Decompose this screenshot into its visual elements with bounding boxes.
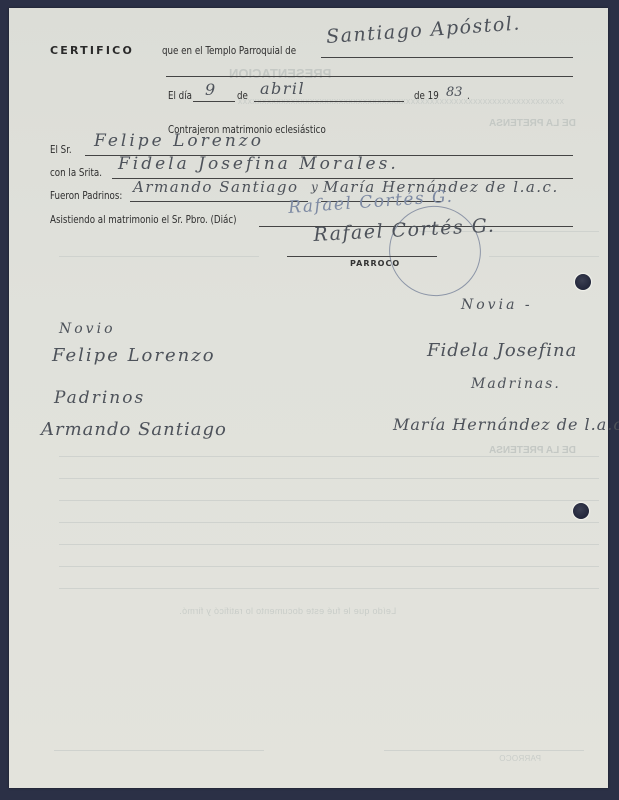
note-bride-heading: Novia - (461, 297, 533, 313)
note-bride-godparent: María Hernández de l.a.c. (393, 415, 619, 434)
note-groom-godparent: Armando Santiago (41, 419, 227, 440)
godparents-conj: y (311, 180, 319, 194)
show-through-rule (59, 478, 599, 479)
godparents-value-1: Armando Santiago (133, 178, 299, 196)
temple-label: que en el Templo Parroquial de (162, 44, 296, 57)
show-through-rule (59, 500, 599, 501)
show-through-sign-line (384, 750, 584, 751)
note-groom-name: Felipe Lorenzo (52, 345, 216, 366)
certifico-title: CERTIFICO (50, 44, 134, 57)
day-label: El día (168, 89, 192, 102)
temple-value: Santiago Apóstol. (325, 12, 521, 48)
signature-role: PARROCO (350, 259, 400, 268)
officiant-label: Asistiendo al matrimonio el Sr. Pbro. (D… (50, 213, 237, 226)
month-line (254, 101, 404, 102)
show-through-rule (59, 566, 599, 567)
groom-label: El Sr. (50, 143, 72, 156)
bride-label: con la Srita. (50, 166, 102, 179)
year-suffix: . (467, 89, 470, 102)
show-through-section-1: DE LA PRETENSA (489, 118, 576, 129)
godparents-line-1 (130, 201, 308, 202)
temple-line-2 (166, 76, 573, 77)
show-through-section-2: DE LA PRETENSA (489, 445, 576, 456)
punch-hole (573, 503, 589, 519)
groom-value: Felipe Lorenzo (94, 131, 264, 151)
show-through-footer: Leído que le fué este documento lo ratif… (179, 606, 396, 616)
note-groom-godparents-heading: Padrinos (54, 388, 145, 408)
day-value: 9 (205, 80, 217, 99)
note-bride-godparents-heading: Madrinas. (471, 376, 561, 392)
year-label: de 19 (414, 89, 439, 102)
temple-line (321, 57, 573, 58)
signature-line (287, 256, 437, 257)
show-through-rule (489, 256, 599, 257)
show-through-rule (59, 456, 599, 457)
show-through-role: PARROCO (499, 754, 541, 763)
punch-hole (575, 274, 591, 290)
month-label: de (237, 89, 248, 102)
show-through-rule (59, 256, 259, 257)
show-through-rule (59, 588, 599, 589)
show-through-rule (59, 522, 599, 523)
day-line (193, 101, 235, 102)
certificate-paper: PRESENTACION xxxxxxxxxxxxxxxxxxxxxxxxxxx… (9, 8, 608, 788)
godparents-label: Fueron Padrinos: (50, 189, 122, 202)
month-value: abril (260, 79, 305, 98)
year-value: 83 (446, 85, 463, 100)
show-through-rule (59, 544, 599, 545)
note-bride-name: Fidela Josefina (427, 340, 577, 361)
bride-value: Fidela Josefina Morales. (118, 154, 399, 174)
show-through-sign-line (54, 750, 264, 751)
note-groom-heading: Novio (59, 321, 116, 337)
